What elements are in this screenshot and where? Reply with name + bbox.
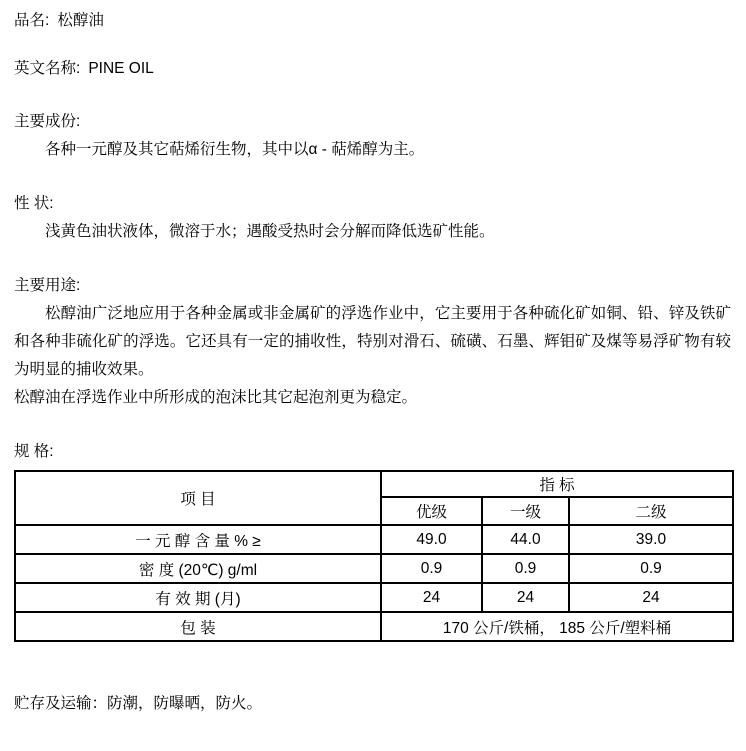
main-uses-paragraph-2: 松醇油在浮选作业中所形成的泡沫比其它起泡剂更为稳定。 — [14, 384, 731, 412]
storage-transport-line: 贮存及运输：防潮，防曝晒，防火。 — [14, 690, 731, 718]
table-header-row-top: 项 目 指 标 — [15, 471, 733, 497]
section-title-specifications: 规 格: — [14, 438, 731, 466]
cell-value: 24 — [381, 583, 482, 612]
product-name-value: 松醇油 — [57, 12, 104, 29]
cell-value: 0.9 — [482, 554, 569, 583]
section-title-properties: 性 状: — [14, 190, 731, 218]
row-label-shelf-life: 有 效 期 (月) — [15, 583, 381, 612]
grade-header-first: 一级 — [482, 497, 569, 525]
item-column-header: 项 目 — [15, 471, 381, 525]
row-label-monohydric-alcohol: 一 元 醇 含 量 % ≥ — [15, 525, 381, 554]
cell-value: 0.9 — [381, 554, 482, 583]
table-row-density: 密 度 (20℃) g/ml 0.9 0.9 0.9 — [15, 554, 733, 583]
english-name-line: 英文名称:PINE OIL — [14, 55, 731, 83]
cell-value: 24 — [569, 583, 733, 612]
main-uses-paragraph-1: 松醇油广泛地应用于各种金属或非金属矿的浮选作业中，它主要用于各种硫化矿如铜、铅、… — [14, 300, 731, 384]
section-title-main-uses: 主要用途: — [14, 272, 731, 300]
grade-header-second: 二级 — [569, 497, 733, 525]
row-label-packaging: 包 装 — [15, 612, 381, 641]
table-row-packaging: 包 装 170 公斤/铁桶， 185 公斤/塑料桶 — [15, 612, 733, 641]
grade-header-premium: 优级 — [381, 497, 482, 525]
cell-value: 0.9 — [569, 554, 733, 583]
properties-paragraph: 浅黄色油状液体，微溶于水；遇酸受热时会分解而降低选矿性能。 — [14, 218, 731, 246]
table-row-shelf-life: 有 效 期 (月) 24 24 24 — [15, 583, 733, 612]
product-name-line: 品名:松醇油 — [14, 7, 731, 35]
cell-value: 44.0 — [482, 525, 569, 554]
document-page: 品名:松醇油 英文名称:PINE OIL 主要成份: 各种一元醇及其它萜烯衍生物… — [0, 0, 746, 751]
row-label-density: 密 度 (20℃) g/ml — [15, 554, 381, 583]
main-ingredients-paragraph: 各种一元醇及其它萜烯衍生物，其中以α - 萜烯醇为主。 — [14, 136, 731, 164]
section-title-main-ingredients: 主要成份: — [14, 108, 731, 136]
packaging-value: 170 公斤/铁桶， 185 公斤/塑料桶 — [381, 612, 733, 641]
product-name-label: 品名: — [14, 12, 49, 29]
table-row-monohydric-alcohol: 一 元 醇 含 量 % ≥ 49.0 44.0 39.0 — [15, 525, 733, 554]
spec-table: 项 目 指 标 优级 一级 二级 一 元 醇 含 量 % ≥ 49.0 44.0… — [14, 470, 734, 642]
cell-value: 49.0 — [381, 525, 482, 554]
cell-value: 24 — [482, 583, 569, 612]
indicator-column-header: 指 标 — [381, 471, 733, 497]
cell-value: 39.0 — [569, 525, 733, 554]
english-name-value: PINE OIL — [88, 60, 153, 77]
english-name-label: 英文名称: — [14, 60, 80, 77]
